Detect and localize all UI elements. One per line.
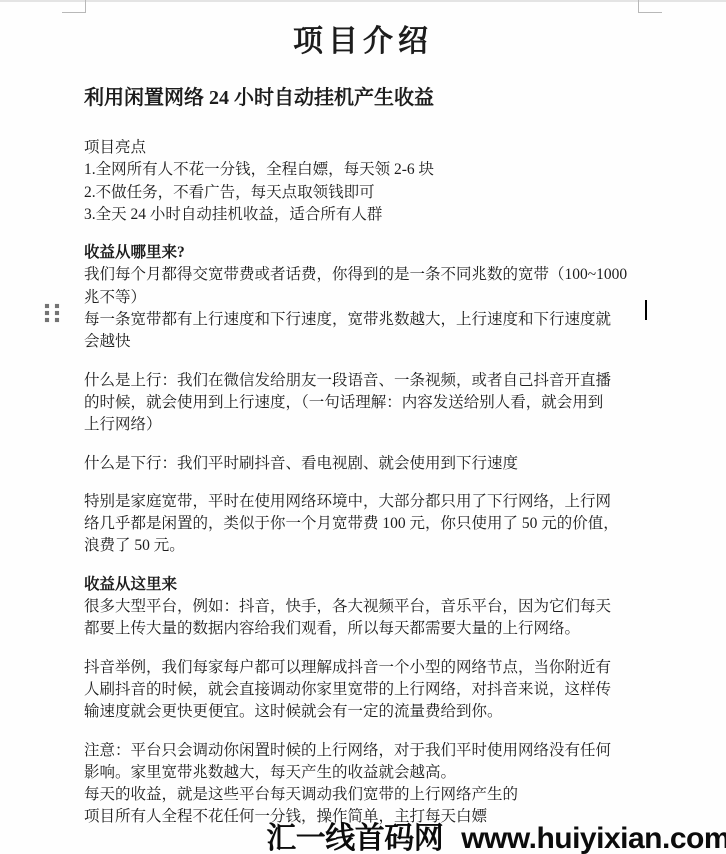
paragraph-text: 特别是家庭宽带，平时在使用网络环境中，大部分都只用了下行网络，上行网 络几乎都是… (84, 491, 662, 558)
document-title: 项目介绍 (0, 24, 726, 60)
paragraph-income-from-here: 收益从这里来 很多大型平台，例如：抖音，快手，各大视频平台，音乐平台，因为它们每… (84, 574, 662, 641)
paragraph-text: 抖音举例，我们每家每户都可以理解成抖音一个小型的网络节点，当你附近有 人刷抖音的… (84, 657, 662, 724)
paragraph-text: 1.全网所有人不花一分钱，全程白嫖，每天领 2-6 块 2.不做任务，不看广告，… (84, 159, 662, 226)
drag-handle-dot (45, 311, 49, 315)
page-top-edge (0, 0, 726, 2)
watermark-site-url: www.huiyixian.com (461, 822, 726, 854)
watermark: 汇一线首码网www.huiyixian.com (266, 813, 726, 854)
paragraph-home-broadband: 特别是家庭宽带，平时在使用网络环境中，大部分都只用了下行网络，上行网 络几乎都是… (84, 491, 662, 558)
section-heading: 项目亮点 (84, 137, 662, 159)
section-heading: 收益从这里来 (84, 574, 662, 596)
document-page: 项目介绍 利用闲置网络 24 小时自动挂机产生收益 项目亮点 1.全网所有人不花… (0, 0, 726, 854)
drag-handle-dot (55, 311, 59, 315)
paragraph-text: 我们每个月都得交宽带费或者话费，你得到的是一条不同兆数的宽带（100~1000 … (84, 264, 662, 353)
paragraph-what-is-upload: 什么是上行：我们在微信发给朋友一段语音、一条视频，或者自己抖音开直播 的时候，就… (84, 370, 662, 437)
paragraph-douyin-example: 抖音举例，我们每家每户都可以理解成抖音一个小型的网络节点，当你附近有 人刷抖音的… (84, 657, 662, 724)
drag-handle-dot (55, 304, 59, 308)
paragraph-what-is-download: 什么是下行：我们平时刷抖音、看电视剧、就会使用到下行速度 (84, 453, 662, 475)
paragraph-project-highlights: 项目亮点 1.全网所有人不花一分钱，全程白嫖，每天领 2-6 块 2.不做任务，… (84, 137, 662, 226)
paragraph-drag-handle-icon[interactable] (45, 304, 59, 322)
paragraph-text: 很多大型平台，例如：抖音，快手，各大视频平台，音乐平台，因为它们每天 都要上传大… (84, 596, 662, 641)
paragraph-text: 什么是上行：我们在微信发给朋友一段语音、一条视频，或者自己抖音开直播 的时候，就… (84, 370, 662, 437)
margin-crop-mark-right (638, 0, 662, 13)
drag-handle-dot (45, 304, 49, 308)
document-body: 项目亮点 1.全网所有人不花一分钱，全程白嫖，每天领 2-6 块 2.不做任务，… (84, 137, 662, 829)
section-heading: 收益从哪里来? (84, 242, 662, 264)
document-subtitle: 利用闲置网络 24 小时自动挂机产生收益 (84, 86, 726, 110)
paragraph-income-source: 收益从哪里来? 我们每个月都得交宽带费或者话费，你得到的是一条不同兆数的宽带（1… (84, 242, 662, 353)
margin-crop-mark-left (62, 0, 86, 13)
drag-handle-dot (45, 318, 49, 322)
watermark-site-name: 汇一线首码网 (266, 822, 443, 854)
text-cursor-caret (645, 300, 647, 320)
paragraph-text: 什么是下行：我们平时刷抖音、看电视剧、就会使用到下行速度 (84, 453, 662, 475)
drag-handle-dot (55, 318, 59, 322)
